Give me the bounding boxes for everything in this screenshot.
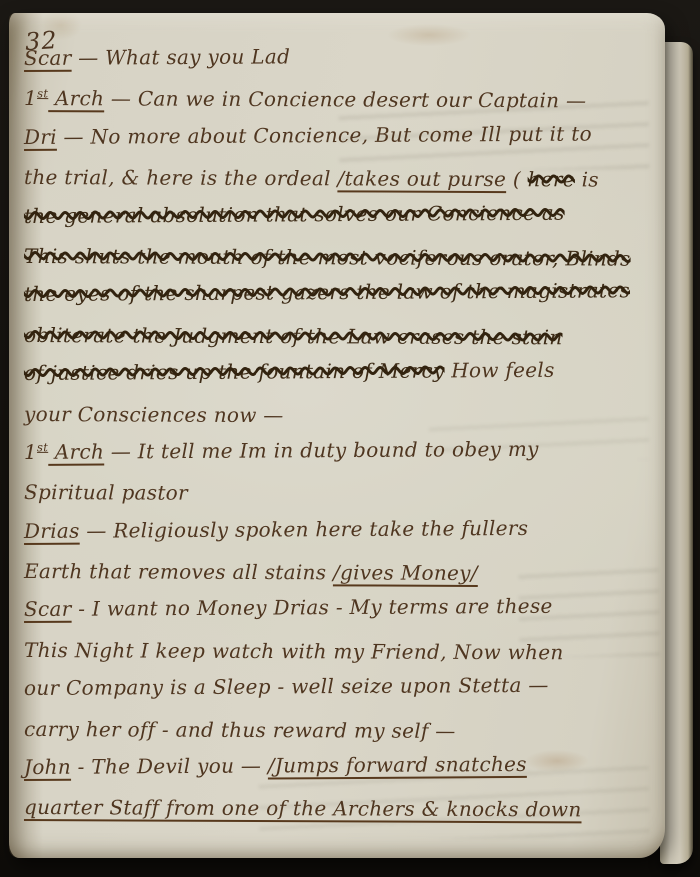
struck-out-text: of justice dries up the fountain of Merc… xyxy=(24,359,445,386)
manuscript-text-segment: 1 xyxy=(24,440,37,464)
manuscript-text-segment: — Religiously spoken here take the fulle… xyxy=(80,516,529,543)
manuscript-text-segment: /Jumps forward snatches xyxy=(268,752,527,778)
manuscript-photograph: 32 Scar — What say you Lad1st Arch — Can… xyxy=(0,0,700,877)
manuscript-text-segment: carry her off - and thus reward my self … xyxy=(24,717,456,743)
manuscript-text-segment: 1 xyxy=(24,86,37,110)
manuscript-text-segment: /gives Money/ xyxy=(333,560,478,585)
manuscript-text-segment: - I want no Money Drias - My terms are t… xyxy=(71,594,552,621)
struck-out-text: This shuts the mouth of the most vocifer… xyxy=(24,244,631,271)
manuscript-line: Scar - I want no Money Drias - My terms … xyxy=(24,594,654,637)
struck-out-text: the general absolution that solves our C… xyxy=(24,200,565,227)
manuscript-line: Scar — What say you Lad xyxy=(24,42,654,85)
manuscript-text-segment: ( xyxy=(506,167,528,191)
manuscript-text-segment: /takes out purse xyxy=(337,167,506,192)
manuscript-text-segment: John xyxy=(24,755,71,779)
manuscript-line: Dri — No more about Concience, But come … xyxy=(24,121,654,164)
manuscript-line: 1st Arch — It tell me Im in duty bound t… xyxy=(24,436,654,479)
manuscript-line: our Company is a Sleep - well seize upon… xyxy=(24,672,654,715)
struck-out-text: obliterate the Judgment of the Law erase… xyxy=(24,323,563,349)
manuscript-text-segment: the trial, & here is the ordeal xyxy=(24,165,338,190)
manuscript-line: quarter Staff from one of the Archers & … xyxy=(24,795,654,837)
manuscript-text-segment: This Night I keep watch with my Friend, … xyxy=(24,638,564,664)
manuscript-line: the eyes of the sharpest gazers the law … xyxy=(24,278,654,321)
manuscript-text-segment: How feels xyxy=(444,358,554,383)
manuscript-line: the general absolution that solves our C… xyxy=(24,200,654,243)
manuscript-text-segment: Spiritual pastor xyxy=(24,480,188,505)
manuscript-line: of justice dries up the fountain of Merc… xyxy=(24,357,654,400)
manuscript-text-segment: Scar xyxy=(24,597,72,621)
manuscript-text-segment: Dri xyxy=(24,125,57,149)
manuscript-text-segment: — It tell me Im in duty bound to obey my xyxy=(104,437,539,464)
manuscript-text-segment: — Can we in Concience desert our Captain… xyxy=(104,87,586,113)
manuscript-text-segment: our Company is a Sleep - well seize upon… xyxy=(24,673,549,700)
manuscript-text-segment: is xyxy=(575,168,599,192)
manuscript-text-segment: — What say you Lad xyxy=(71,44,290,69)
manuscript-text-segment: quarter Staff from one of the Archers & … xyxy=(24,795,582,821)
manuscript-lines: Scar — What say you Lad1st Arch — Can we… xyxy=(24,46,654,834)
manuscript-text-segment: Earth that removes all stains xyxy=(24,559,333,584)
manuscript-text-segment: st xyxy=(37,87,48,101)
manuscript-page: 32 Scar — What say you Lad1st Arch — Can… xyxy=(9,13,665,858)
manuscript-line: John - The Devil you — /Jumps forward sn… xyxy=(24,751,654,794)
manuscript-text-segment: st xyxy=(37,440,48,454)
manuscript-text-segment: - The Devil you — xyxy=(71,754,268,779)
struck-out-text: the eyes of the sharpest gazers the law … xyxy=(24,279,630,307)
manuscript-text-segment: Drias xyxy=(24,518,80,542)
manuscript-text-segment: Arch xyxy=(48,86,104,110)
struck-out-text: here xyxy=(528,167,575,191)
manuscript-text-segment: Arch xyxy=(48,439,104,463)
manuscript-text-segment: Scar xyxy=(24,46,72,70)
manuscript-text-segment: your Consciences now — xyxy=(24,402,284,427)
manuscript-text-segment: — No more about Concience, But come Ill … xyxy=(57,121,592,148)
manuscript-line: Drias — Religiously spoken here take the… xyxy=(24,515,654,558)
